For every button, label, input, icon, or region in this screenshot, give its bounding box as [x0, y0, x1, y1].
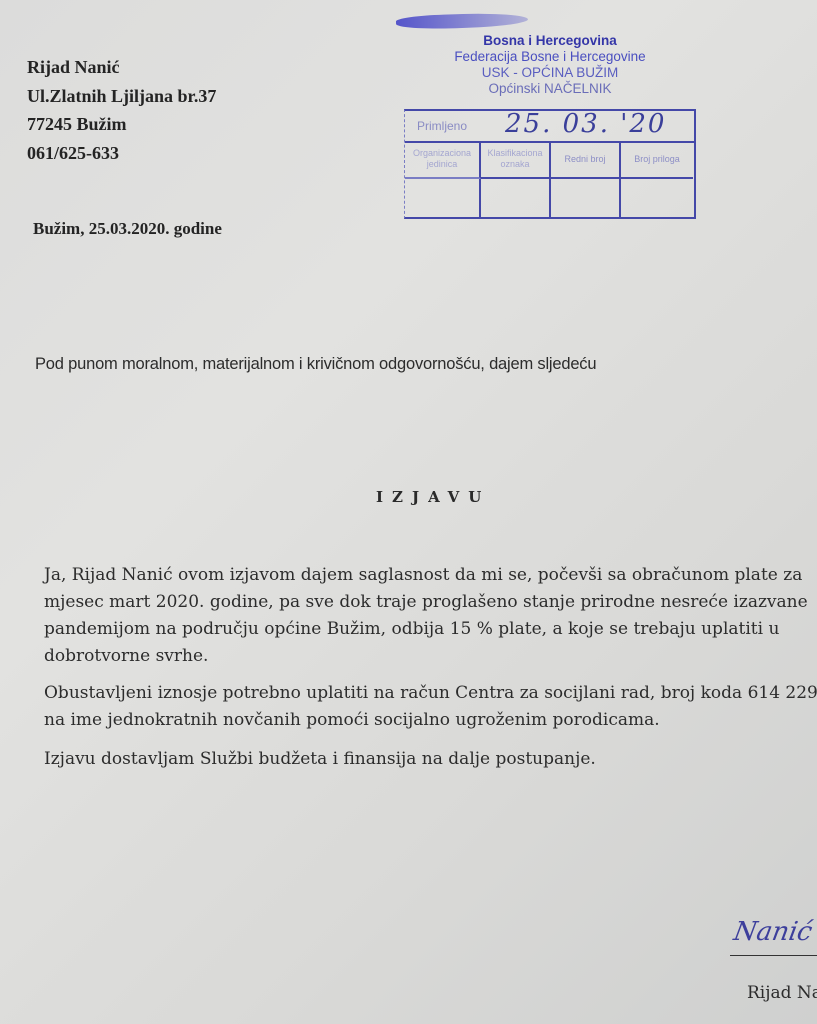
stamp-line-country: Bosna i Hercegovina [420, 33, 680, 49]
stamp-col-serial-number: Redni broj [551, 141, 621, 179]
received-label: Primljeno [417, 119, 467, 133]
intro-sentence: Pod punom moralnom, materijalnom i krivi… [35, 355, 596, 374]
received-date-handwritten: 25. 03. '20 [505, 109, 666, 139]
paragraph-line: na ime jednokratnih novčanih pomoći soci… [44, 707, 817, 734]
stamp-col-attachments: Broj priloga [621, 141, 693, 179]
paragraph-line: Ja, Rijad Nanić ovom izjavom dajem sagla… [44, 562, 817, 589]
stamp-line-office: Općinski NAČELNIK [420, 81, 680, 97]
document-page: Rijad Nanić Ul.Zlatnih Ljiljana br.37 77… [0, 0, 817, 1024]
paragraph-line: pandemijom na području općine Bužim, odb… [44, 616, 817, 643]
paragraph-line: mjesec mart 2020. godine, pa sve dok tra… [44, 589, 817, 616]
stamp-grid: Organizaciona jedinica Klasifikaciona oz… [405, 141, 694, 217]
paragraph-payment: Obustavljeni iznosje potrebno uplatiti n… [44, 680, 817, 734]
paragraph-line: Obustavljeni iznosje potrebno uplatiti n… [44, 680, 817, 707]
sender-name: Rijad Nanić [27, 53, 216, 82]
sender-city: 77245 Bužim [27, 110, 216, 139]
handwritten-signature: Nanić Ri [731, 917, 817, 947]
sender-phone: 061/625-633 [27, 139, 216, 168]
paragraph-line: dobrotvorne svrhe. [44, 643, 817, 670]
stamp-ink-smudge [396, 12, 528, 31]
sender-street: Ul.Zlatnih Ljiljana br.37 [27, 82, 216, 111]
stamp-col-org-unit: Organizaciona jedinica [405, 141, 481, 179]
received-stamp-box: Primljeno 25. 03. '20 Organizaciona jedi… [404, 109, 696, 219]
stamp-col-classification: Klasifikaciona oznaka [481, 141, 551, 179]
sender-block: Rijad Nanić Ul.Zlatnih Ljiljana br.37 77… [27, 53, 216, 167]
office-stamp-header: Bosna i Hercegovina Federacija Bosne i H… [420, 33, 680, 97]
statement-body: Ja, Rijad Nanić ovom izjavom dajem sagla… [44, 562, 817, 773]
stamp-cell-empty [481, 179, 551, 217]
stamp-cell-empty [405, 179, 481, 217]
paragraph-submission: Izjavu dostavljam Službi budžeta i finan… [44, 746, 817, 773]
stamp-line-municipality: USK - OPĆINA BUŽIM [420, 65, 680, 81]
stamp-line-federation: Federacija Bosne i Hercegovine [420, 49, 680, 65]
document-title: IZJAVU [376, 488, 490, 506]
paragraph-consent: Ja, Rijad Nanić ovom izjavom dajem sagla… [44, 562, 817, 670]
place-date: Bužim, 25.03.2020. godine [33, 219, 222, 239]
received-row: Primljeno 25. 03. '20 [405, 111, 694, 143]
stamp-cell-empty [621, 179, 693, 217]
signatory-name: Rijad Na [747, 983, 817, 1003]
stamp-cell-empty [551, 179, 621, 217]
signature-line [730, 955, 817, 956]
